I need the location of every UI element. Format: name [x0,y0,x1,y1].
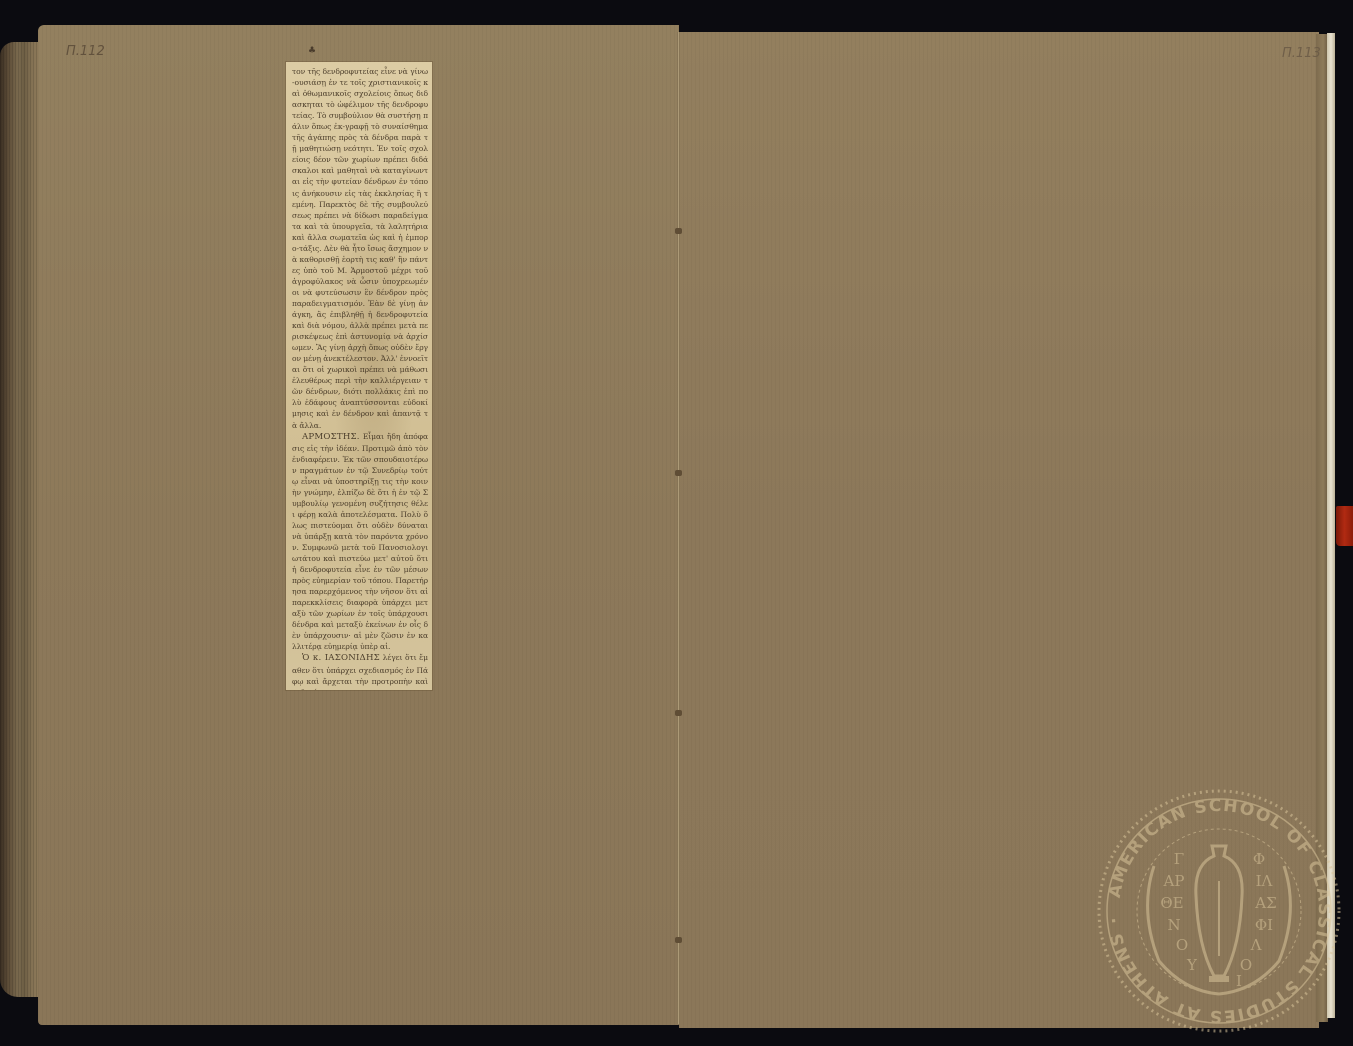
speaker-name: ΑΡΜΟΣΤΗΣ. [302,432,360,442]
svg-text:Υ: Υ [1186,956,1198,974]
svg-text:Φ: Φ [1253,850,1265,868]
book-spine-gutter [677,32,680,1024]
svg-text:ΑΣ: ΑΣ [1254,894,1276,912]
book-spread-scan: Π.112 Π.113 ♣ τον τῆς δενδροφυτείας εἶνε… [0,0,1353,1046]
speech-text: Εἶμαι ἤδη ἀπόφασις εἰς τὴν ἰδέαν. Προτιμ… [292,432,428,652]
clipping-speech: Ὁ κ. ΙΑΣΟΝΙΔΗΣ λέγει ὅτι ἔμαθεν ὅτι ὑπάρ… [292,652,428,690]
pencil-mark: ♣ [308,46,316,56]
left-folio-number: Π.112 [66,44,105,59]
right-folio-number: Π.113 [1282,46,1321,61]
binding-stitch [675,228,682,234]
svg-text:ΙΛ: ΙΛ [1256,872,1273,890]
clipping-text: τον τῆς δενδροφυτείας εἶνε νὰ γίνω-ουσιά… [292,66,428,690]
ascsa-seal-watermark-icon: AMERICAN SCHOOL OF CLASSICAL STUDIES AT … [1094,786,1344,1036]
left-page-stack-edge [0,42,40,997]
svg-text:ΘΕ: ΘΕ [1160,894,1183,912]
svg-text:ΑΡ: ΑΡ [1163,872,1185,890]
newspaper-clipping: τον τῆς δενδροφυτείας εἶνε νὰ γίνω-ουσιά… [286,62,432,690]
binding-stitch [675,710,682,716]
bookmark-ribbon [1336,506,1353,546]
svg-text:ΦΙ: ΦΙ [1255,916,1273,934]
speaker-name: Ὁ κ. ΙΑΣΟΝΙΔΗΣ [302,653,380,663]
clipping-speech: ΑΡΜΟΣΤΗΣ. Εἶμαι ἤδη ἀπόφασις εἰς τὴν ἰδέ… [292,431,428,653]
svg-text:Γ: Γ [1174,850,1184,868]
svg-text:Λ: Λ [1250,936,1262,954]
binding-stitch [675,470,682,476]
svg-text:Ν: Ν [1167,916,1180,934]
svg-text:Ι: Ι [1236,972,1242,990]
svg-text:Ο: Ο [1176,936,1188,954]
clipping-paragraph: τον τῆς δενδροφυτείας εἶνε νὰ γίνω-ουσιά… [292,66,428,431]
binding-stitch [675,937,682,943]
